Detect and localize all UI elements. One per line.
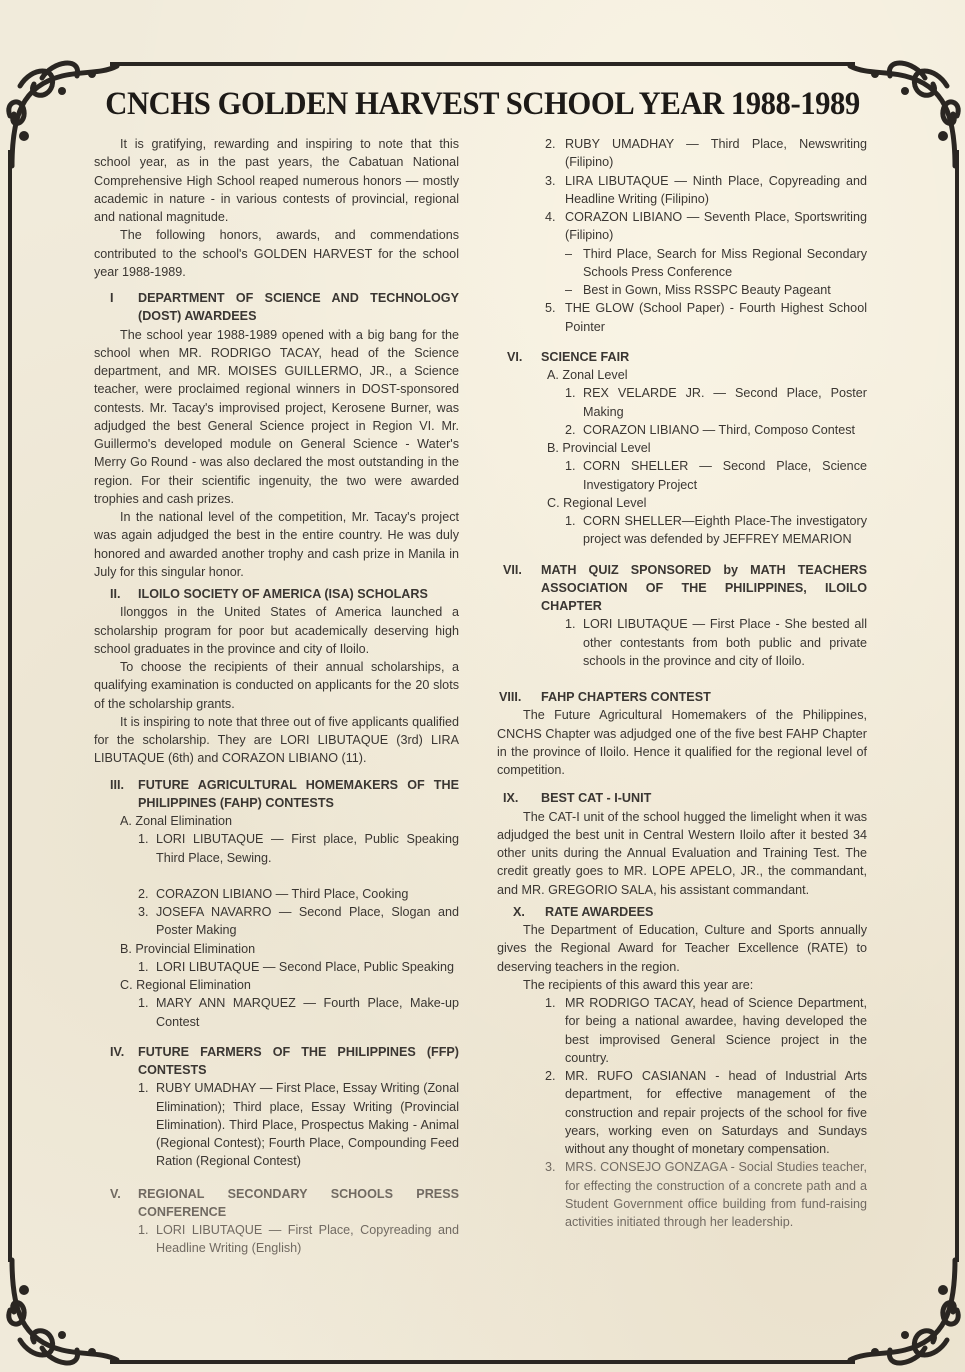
intro-paragraph: It is gratifying, rewarding and inspirin…: [94, 135, 459, 226]
list-item: 3.JOSEFA NAVARRO — Second Place, Slogan …: [94, 903, 459, 940]
list-item: 1.LORI LIBUTAQUE — First Place, Copyread…: [94, 1221, 459, 1258]
body-paragraph: To choose the recipients of their annual…: [94, 658, 459, 713]
list-item: 2.MR. RUFO CASIANAN - head of Industrial…: [497, 1067, 867, 1158]
subsection-label: C. Regional Elimination: [94, 976, 459, 994]
ornament-corner-icon: [845, 1250, 965, 1370]
list-item: 3.MRS. CONSEJO GONZAGA - Social Studies …: [497, 1158, 867, 1231]
right-column: 2.RUBY UMADHAY — Third Place, Newswritin…: [497, 135, 867, 1231]
list-item: 1.REX VELARDE JR. — Second Place, Poster…: [497, 384, 867, 421]
subsection-label: A. Zonal Level: [497, 366, 867, 384]
section-heading: I DEPARTMENT OF SCIENCE AND TECHNOLOGY (…: [94, 289, 459, 326]
section-heading: IX. BEST CAT - I-UNIT: [497, 789, 867, 807]
list-item: 1.RUBY UMADHAY — First Place, Essay Writ…: [94, 1079, 459, 1170]
list-item: 2.CORAZON LIBIANO — Third, Composo Conte…: [497, 421, 867, 439]
section-heading: II. ILOILO SOCIETY OF AMERICA (ISA) SCHO…: [94, 585, 459, 603]
list-item: 1.CORN SHELLER—Eighth Place-The investig…: [497, 512, 867, 549]
list-item: 1.LORI LIBUTAQUE — First Place - She bes…: [497, 615, 867, 670]
list-subitem: –Third Place, Search for Miss Regional S…: [497, 245, 867, 282]
list-item: 3.LIRA LIBUTAQUE — Ninth Place, Copyread…: [497, 172, 867, 209]
subsection-label: A. Zonal Elimination: [94, 812, 459, 830]
subsection-label: B. Provincial Level: [497, 439, 867, 457]
section-heading: III. FUTURE AGRICULTURAL HOMEMAKERS OF T…: [94, 776, 459, 813]
section-heading: VII. MATH QUIZ SPONSORED by MATH TEACHER…: [497, 561, 867, 616]
ornament-corner-icon: [2, 1250, 122, 1370]
body-paragraph: In the national level of the competition…: [94, 508, 459, 581]
body-paragraph: The Department of Education, Culture and…: [497, 921, 867, 976]
list-item: 1.CORN SHELLER — Second Place, Science I…: [497, 457, 867, 494]
list-item: 1.MARY ANN MARQUEZ — Fourth Place, Make-…: [94, 994, 459, 1031]
list-subitem: –Best in Gown, Miss RSSPC Beauty Pageant: [497, 281, 867, 299]
section-heading: VI. SCIENCE FAIR: [497, 348, 867, 366]
list-item: 4.CORAZON LIBIANO — Seventh Place, Sport…: [497, 208, 867, 245]
list-item: 2.RUBY UMADHAY — Third Place, Newswritin…: [497, 135, 867, 172]
intro-paragraph: The following honors, awards, and commen…: [94, 226, 459, 281]
left-column: It is gratifying, rewarding and inspirin…: [94, 135, 459, 1258]
body-paragraph: The school year 1988-1989 opened with a …: [94, 326, 459, 509]
section-heading: VIII. FAHP CHAPTERS CONTEST: [497, 688, 867, 706]
subsection-label: C. Regional Level: [497, 494, 867, 512]
body-paragraph: The CAT-I unit of the school hugged the …: [497, 808, 867, 899]
body-paragraph: Ilonggos in the United States of America…: [94, 603, 459, 658]
section-heading: X. RATE AWARDEES: [497, 903, 867, 921]
section-heading: IV. FUTURE FARMERS OF THE PHILIPPINES (F…: [94, 1043, 459, 1080]
border-line-left: [8, 150, 12, 1262]
body-paragraph: It is inspiring to note that three out o…: [94, 713, 459, 768]
border-line-bottom: [110, 1360, 855, 1364]
list-item: 1.LORI LIBUTAQUE — Second Place, Public …: [94, 958, 459, 976]
border-line-top: [110, 62, 855, 66]
subsection-label: B. Provincial Elimination: [94, 940, 459, 958]
list-item: 5.THE GLOW (School Paper) - Fourth Highe…: [497, 299, 867, 336]
page-title: CNCHS GOLDEN HARVEST SCHOOL YEAR 1988-19…: [34, 86, 931, 123]
section-heading: V. REGIONAL SECONDARY SCHOOLS PRESS CONF…: [94, 1185, 459, 1222]
border-line-right: [955, 150, 959, 1262]
list-item: 1.MR RODRIGO TACAY, head of Science Depa…: [497, 994, 867, 1067]
body-paragraph: The Future Agricultural Homemakers of th…: [497, 706, 867, 779]
list-item: 2.CORAZON LIBIANO — Third Place, Cooking: [94, 885, 459, 903]
body-paragraph: The recipients of this award this year a…: [497, 976, 867, 994]
list-item: 1.LORI LIBUTAQUE — First place, Public S…: [94, 830, 459, 867]
